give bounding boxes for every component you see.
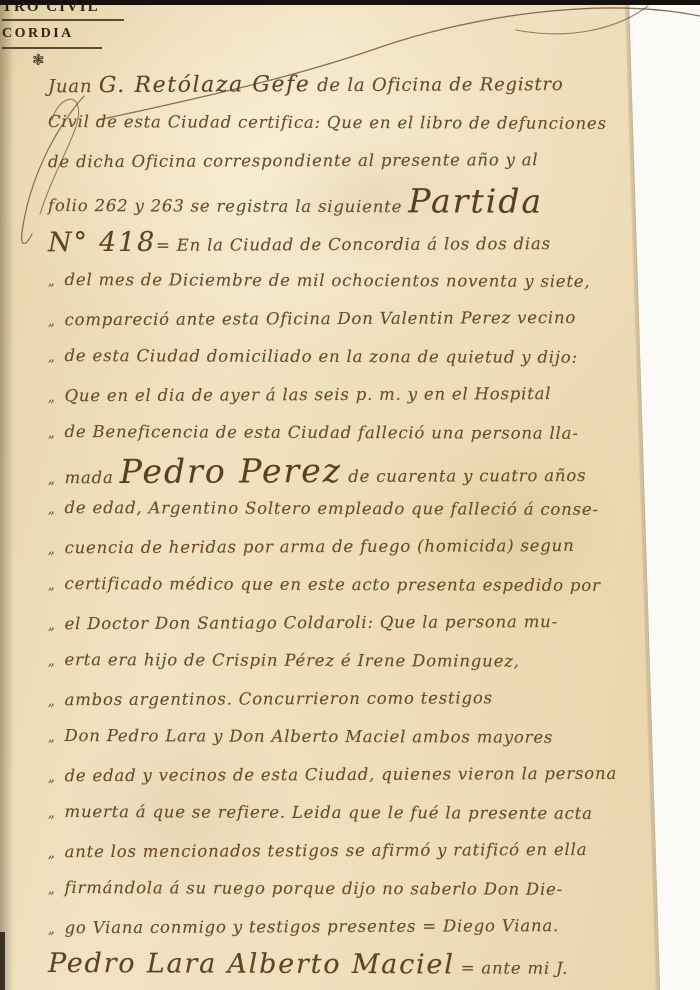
repetition-mark: „: [48, 472, 56, 487]
manuscript-line: „de esta Ciudad domiciliado en la zona d…: [48, 337, 633, 377]
repetition-mark: „: [48, 314, 56, 329]
manuscript-line: de dicha Oficina correspondiente al pres…: [48, 141, 633, 182]
manuscript-line: „firmándola á su ruego porque dijo no sa…: [48, 869, 633, 909]
manuscript-line: „de edad y vecinos de esta Ciudad, quien…: [48, 755, 633, 796]
scan-top-edge: [0, 0, 700, 5]
line-text: de dicha Oficina correspondiente al pres…: [48, 150, 539, 171]
repetition-mark: „: [48, 730, 56, 745]
line-text: de edad, Argentino Soltero empleado que …: [65, 498, 599, 519]
repetition-mark: „: [48, 694, 56, 709]
repetition-mark: „: [48, 350, 56, 365]
line-feature-text: Pedro Perez: [120, 451, 343, 491]
manuscript-line: „de Beneficencia de esta Ciudad falleció…: [48, 413, 633, 453]
repetition-mark: „: [48, 502, 56, 517]
repetition-mark: „: [48, 806, 56, 821]
manuscript-line: „go Viana conmigo y testigos presentes =…: [48, 907, 633, 948]
line-text: = En la Ciudad de Concordia á los dos di…: [156, 234, 551, 255]
manuscript-line: „de edad, Argentino Soltero empleado que…: [48, 489, 633, 529]
line-text: de edad y vecinos de esta Ciudad, quiene…: [65, 764, 618, 785]
scanned-document: TRO CIVIL CORDIA ❃ Juan G. Retólaza Gefe…: [0, 0, 700, 990]
line-feature-text: Partida: [408, 181, 543, 220]
printer-ornament-icon: ❃: [32, 53, 124, 68]
manuscript-text: Juan G. Retólaza Gefe de la Oficina de R…: [48, 66, 633, 984]
repetition-mark: „: [48, 846, 56, 861]
manuscript-line: „mada Pedro Perez de cuarenta y cuatro a…: [48, 451, 633, 492]
repetition-mark: „: [48, 426, 56, 441]
line-text: Que en el dia de ayer á las seis p. m. y…: [65, 384, 552, 405]
line-text: cuencia de heridas por arma de fuego (ho…: [65, 536, 575, 557]
line-text: certificado médico que en este acto pres…: [65, 574, 601, 595]
line-text: = ante mi J.: [455, 958, 569, 977]
repetition-mark: „: [48, 542, 56, 557]
repetition-mark: „: [48, 882, 56, 897]
page-left-edge-shadow: [0, 0, 14, 990]
line-text: de Beneficencia de esta Ciudad falleció …: [65, 422, 579, 443]
repetition-mark: „: [48, 618, 56, 633]
manuscript-line: „del mes de Diciembre de mil ochocientos…: [48, 261, 633, 301]
line-text: ante los mencionados testigos se afirmó …: [65, 840, 588, 861]
letterhead-concordia: CORDIA: [2, 26, 124, 42]
manuscript-line: Pedro Lara Alberto Maciel = ante mi J.: [48, 945, 633, 985]
line-feature-text: Pedro Lara Alberto Maciel: [48, 948, 455, 980]
manuscript-line: folio 262 y 263 se registra la siguiente…: [48, 179, 633, 222]
line-feature-text: N° 418: [48, 227, 156, 258]
manuscript-line: N° 418= En la Ciudad de Concordia á los …: [48, 220, 633, 264]
repetition-mark: „: [48, 274, 56, 289]
line-text: de la Oficina de Registro: [310, 74, 563, 96]
line-text: de esta Ciudad domiciliado en la zona de…: [65, 346, 578, 367]
line-feature-text: G. Retólaza Gefe: [99, 72, 311, 98]
line-text: folio 262 y 263 se registra la siguiente: [48, 196, 408, 216]
manuscript-line: „Que en el dia de ayer á las seis p. m. …: [48, 375, 633, 416]
manuscript-line: „erta era hijo de Crispin Pérez é Irene …: [48, 641, 633, 681]
manuscript-line: „compareció ante esta Oficina Don Valent…: [48, 299, 633, 340]
repetition-mark: „: [48, 578, 56, 593]
manuscript-line: Civil de esta Ciudad certifica: Que en e…: [48, 103, 633, 143]
manuscript-line: „ambos argentinos. Concurrieron como tes…: [48, 679, 633, 720]
repetition-mark: „: [48, 770, 56, 785]
repetition-mark: „: [48, 390, 56, 405]
line-text: compareció ante esta Oficina Don Valenti…: [65, 308, 577, 329]
manuscript-line: „muerta á que se refiere. Leida que le f…: [48, 793, 633, 833]
manuscript-line: Juan G. Retólaza Gefe de la Oficina de R…: [48, 65, 633, 106]
letterhead: TRO CIVIL CORDIA ❃: [2, 1, 124, 68]
line-text: go Viana conmigo y testigos presentes = …: [65, 916, 560, 937]
line-text: muerta á que se refiere. Leida que le fu…: [65, 802, 593, 823]
repetition-mark: „: [48, 922, 56, 937]
line-text: Juan: [48, 76, 99, 97]
line-text: Don Pedro Lara y Don Alberto Maciel ambo…: [65, 726, 554, 747]
line-text: Civil de esta Ciudad certifica: Que en e…: [48, 112, 607, 133]
manuscript-line: „ante los mencionados testigos se afirmó…: [48, 831, 633, 872]
letterhead-rule: [2, 19, 124, 21]
line-text: erta era hijo de Crispin Pérez é Irene D…: [65, 650, 520, 671]
letterhead-rule: [2, 47, 102, 49]
line-text: ambos argentinos. Concurrieron como test…: [65, 688, 493, 709]
scan-corner-dark: [0, 932, 5, 990]
manuscript-line: „el Doctor Don Santiago Coldaroli: Que l…: [48, 603, 633, 644]
line-text: mada: [65, 468, 120, 487]
line-text: de cuarenta y cuatro años: [342, 466, 586, 486]
manuscript-line: „Don Pedro Lara y Don Alberto Maciel amb…: [48, 717, 633, 757]
manuscript-line: „cuencia de heridas por arma de fuego (h…: [48, 527, 633, 568]
repetition-mark: „: [48, 654, 56, 669]
line-text: del mes de Diciembre de mil ochocientos …: [65, 270, 591, 291]
line-text: firmándola á su ruego porque dijo no sab…: [65, 878, 564, 899]
line-text: el Doctor Don Santiago Coldaroli: Que la…: [65, 612, 558, 633]
manuscript-line: „certificado médico que en este acto pre…: [48, 565, 633, 605]
